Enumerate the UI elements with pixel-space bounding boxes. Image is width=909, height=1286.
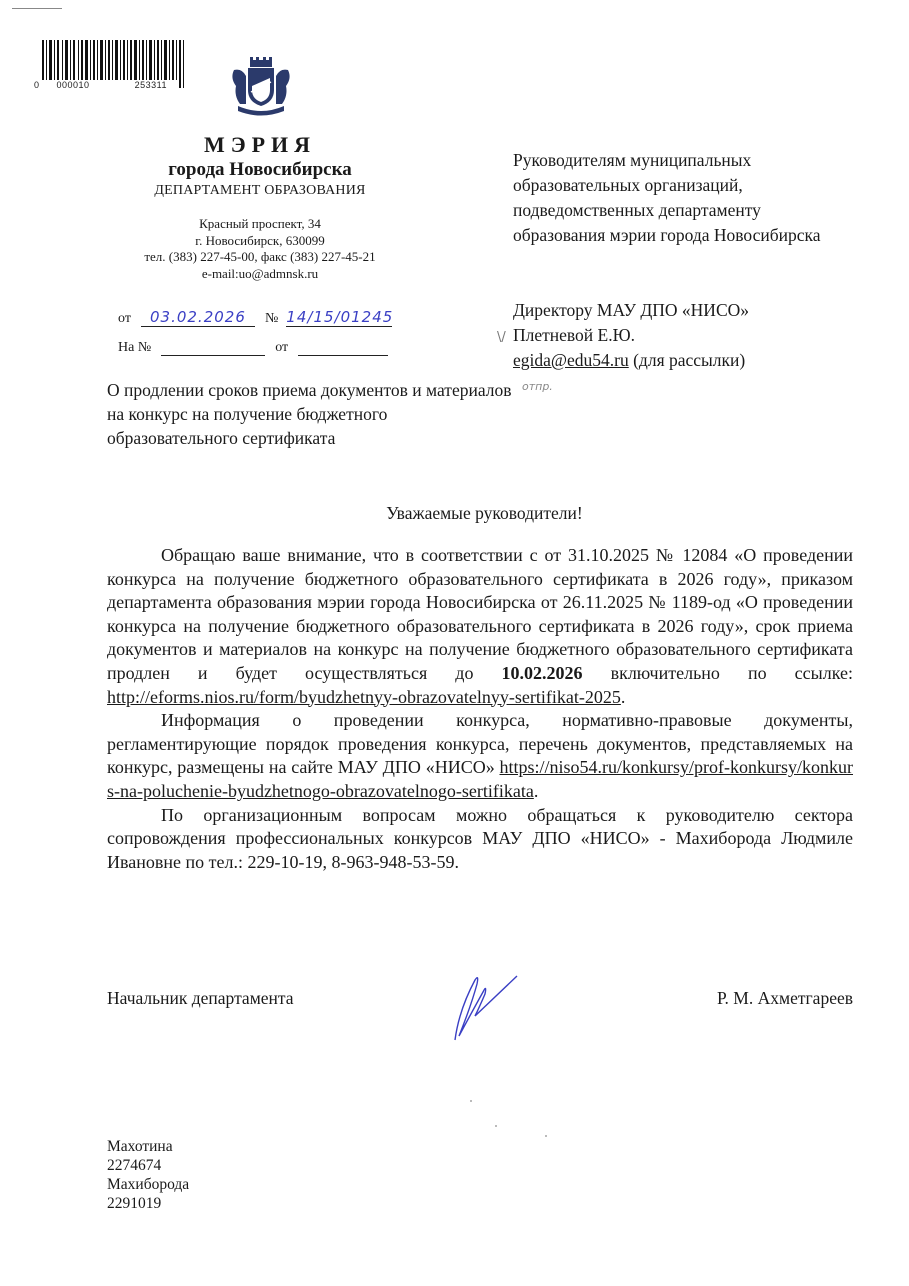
reg-from-label: от (118, 311, 131, 327)
recipient-title: Директору МАУ ДПО «НИСО» (513, 298, 853, 323)
executor-phone: 2274674 (107, 1156, 189, 1175)
signatory-title: Начальник департамента (107, 988, 294, 1009)
registration-row: от 03.02.2026 № 14/15/01245 (118, 308, 392, 327)
org-name: МЭРИЯ (100, 132, 420, 158)
deadline-date: 10.02.2026 (502, 663, 583, 683)
letter-body: Обращаю ваше внимание, что в соответстви… (107, 544, 853, 874)
executor-phone: 2291019 (107, 1194, 189, 1213)
ref-from-label: от (275, 340, 288, 356)
recipient-secondary: Директору МАУ ДПО «НИСО» Плетневой Е.Ю. … (513, 298, 853, 373)
address-block: Красный проспект, 34 г. Новосибирск, 630… (100, 216, 420, 282)
punctuation: . (534, 781, 539, 801)
ref-number-field (161, 341, 265, 356)
scan-artifact-line (12, 8, 62, 9)
city-name: города Новосибирска (100, 158, 420, 182)
scan-speck (495, 1125, 497, 1127)
recipient-name: Плетневой Е.Ю. (513, 323, 853, 348)
paragraph-text: включительно по ссылке: (583, 663, 854, 683)
reg-number: 14/15/01245 (286, 308, 392, 327)
recipient-email-link[interactable]: egida@edu54.ru (513, 350, 629, 370)
body-paragraph-3: По организационным вопросам можно обраща… (107, 804, 853, 875)
address-line: г. Новосибирск, 630099 (100, 233, 420, 250)
letterhead: МЭРИЯ города Новосибирска ДЕПАРТАМЕНТ ОБ… (100, 132, 420, 282)
signatory-name: Р. М. Ахметгареев (717, 988, 853, 1009)
recipient-contact: egida@edu54.ru (для рассылки) (513, 348, 853, 373)
handwritten-signature-icon (445, 970, 525, 1042)
punctuation: . (621, 687, 626, 707)
greeting: Уважаемые руководители! (0, 503, 909, 524)
scan-speck (545, 1135, 547, 1137)
coat-of-arms-icon (228, 56, 294, 118)
body-paragraph-2: Информация о проведении конкурса, нормат… (107, 709, 853, 803)
executor-name: Махотина (107, 1137, 189, 1156)
barcode-number-suffix: 253311 (135, 80, 167, 90)
executors-block: Махотина 2274674 Махиборода 2291019 (107, 1137, 189, 1213)
handwritten-check-mark: \/ (497, 330, 506, 345)
letter-subject: О продлении сроков приема документов и м… (107, 378, 517, 450)
reg-date: 03.02.2026 (141, 308, 255, 327)
executor-name: Махиборода (107, 1175, 189, 1194)
handwritten-note: отпр. (522, 380, 553, 393)
ref-date-field (298, 341, 388, 356)
barcode-number-prefix: 0 (34, 80, 40, 90)
reg-number-label: № (265, 311, 278, 327)
department-name: ДЕПАРТАМЕНТ ОБРАЗОВАНИЯ (100, 182, 420, 200)
address-line: e-mail:uo@admnsk.ru (100, 266, 420, 283)
body-paragraph-1: Обращаю ваше внимание, что в соответстви… (107, 544, 853, 709)
scan-speck (470, 1100, 472, 1102)
eforms-link[interactable]: http://eforms.nios.ru/form/byudzhetnyy-o… (107, 687, 621, 707)
barcode-number-mid: 000010 (57, 80, 90, 90)
recipient-note: (для рассылки) (633, 350, 745, 370)
barcode-numbers: 0 000010 253311 (34, 80, 181, 90)
recipient-primary: Руководителям муниципальных образователь… (513, 148, 853, 248)
ref-number-label: На № (118, 340, 151, 356)
address-line: Красный проспект, 34 (100, 216, 420, 233)
address-line: тел. (383) 227-45-00, факс (383) 227-45-… (100, 249, 420, 266)
reference-row: На № от (118, 340, 388, 356)
